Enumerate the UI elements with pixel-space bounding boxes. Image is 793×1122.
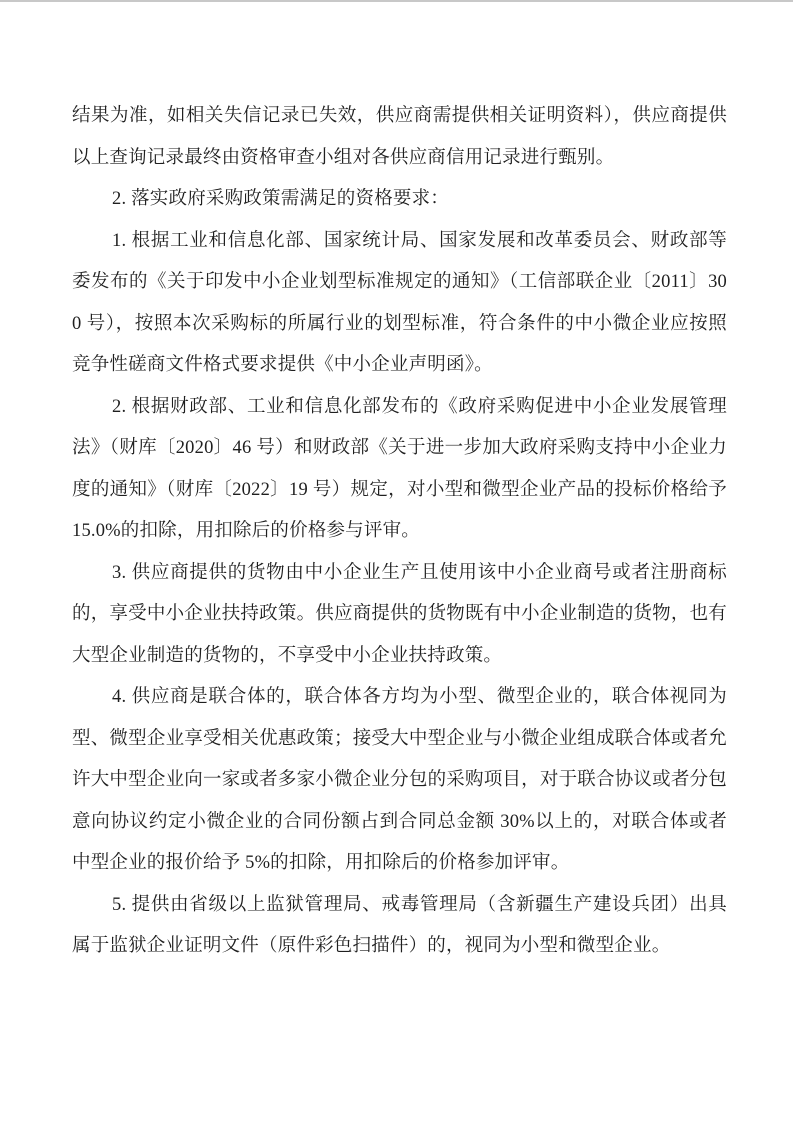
text-line: 2. 落实政府采购政策需满足的资格要求： [72,179,727,221]
paragraph-policy-qualification-heading: 2. 落实政府采购政策需满足的资格要求： [72,179,727,221]
document-page: 结果为准，如相关失信记录已失效，供应商需提供相关证明资料），供应商提供 以上查询… [0,0,793,1122]
document-body-text: 结果为准，如相关失信记录已失效，供应商需提供相关证明资料），供应商提供 以上查询… [72,96,727,968]
text-line: 4. 供应商是联合体的，联合体各方均为小型、微型企业的，联合体视同为小 [72,677,727,719]
page-top-scan-edge [0,0,793,2]
text-line: 许大中型企业向一家或者多家小微企业分包的采购项目，对于联合协议或者分包 [72,760,727,802]
text-line: 结果为准，如相关失信记录已失效，供应商需提供相关证明资料），供应商提供 [72,96,727,138]
text-line: 意向协议约定小微企业的合同份额占到合同总金额 30%以上的，对联合体或者大 [72,802,727,844]
paragraph-price-deduction-15-percent: 2. 根据财政部、工业和信息化部发布的《政府采购促进中小企业发展管理办 法》（财… [72,387,727,553]
text-line: 以上查询记录最终由资格审查小组对各供应商信用记录进行甄别。 [72,138,727,180]
paragraph-consortium-rules: 4. 供应商是联合体的，联合体各方均为小型、微型企业的，联合体视同为小 型、微型… [72,677,727,885]
text-line: 1. 根据工业和信息化部、国家统计局、国家发展和改革委员会、财政部等部 [72,221,727,263]
text-line: 0 号），按照本次采购标的所属行业的划型标准，符合条件的中小微企业应按照 [72,304,727,346]
text-line: 2. 根据财政部、工业和信息化部发布的《政府采购促进中小企业发展管理办 [72,387,727,429]
text-line: 属于监狱企业证明文件（原件彩色扫描件）的，视同为小型和微型企业。 [72,926,727,968]
text-line: 法》（财库〔2020〕46 号）和财政部《关于进一步加大政府采购支持中小企业力 [72,428,727,470]
text-line: 委发布的《关于印发中小企业划型标准规定的通知》（工信部联企业〔2011〕30 [72,262,727,304]
text-line: 3. 供应商提供的货物由中小企业生产且使用该中小企业商号或者注册商标 [72,553,727,595]
paragraph-prison-enterprise: 5. 提供由省级以上监狱管理局、戒毒管理局（含新疆生产建设兵团）出具的 属于监狱… [72,885,727,968]
text-line: 5. 提供由省级以上监狱管理局、戒毒管理局（含新疆生产建设兵团）出具的 [72,885,727,927]
text-line: 度的通知》（财库〔2022〕19 号）规定，对小型和微型企业产品的投标价格给予 [72,470,727,512]
text-line: 大型企业制造的货物的，不享受中小企业扶持政策。 [72,636,727,678]
text-line: 15.0%的扣除，用扣除后的价格参与评审。 [72,511,727,553]
text-line: 中型企业的报价给予 5%的扣除，用扣除后的价格参加评审。 [72,843,727,885]
text-line: 型、微型企业享受相关优惠政策；接受大中型企业与小微企业组成联合体或者允 [72,719,727,761]
text-line: 竞争性磋商文件格式要求提供《中小企业声明函》。 [72,345,727,387]
paragraph-sme-goods-policy: 3. 供应商提供的货物由中小企业生产且使用该中小企业商号或者注册商标 的，享受中… [72,553,727,678]
paragraph-sme-standard-notice: 1. 根据工业和信息化部、国家统计局、国家发展和改革委员会、财政部等部 委发布的… [72,221,727,387]
paragraph-credit-record-continuation: 结果为准，如相关失信记录已失效，供应商需提供相关证明资料），供应商提供 以上查询… [72,96,727,179]
text-line: 的，享受中小企业扶持政策。供应商提供的货物既有中小企业制造的货物，也有 [72,594,727,636]
